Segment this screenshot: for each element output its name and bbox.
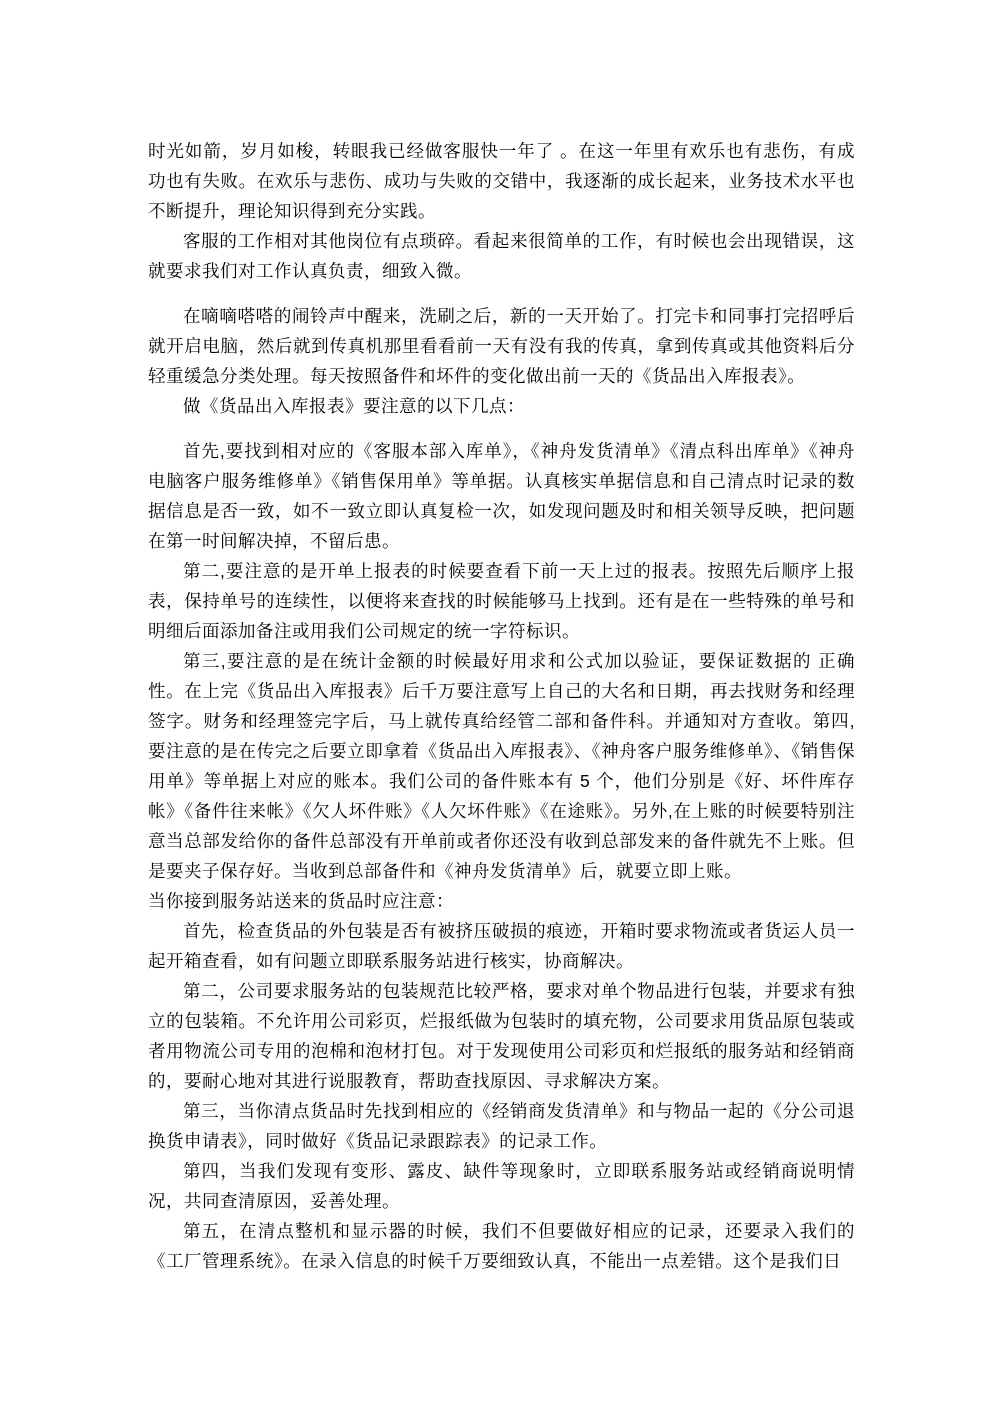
paragraph: 做《货品出入库报表》要注意的以下几点： xyxy=(148,391,855,421)
paragraph: 第三,要注意的是在统计金额的时候最好用求和公式加以验证，要保证数据的 正确性。在… xyxy=(148,646,855,886)
paragraph: 第二，公司要求服务站的包装规范比较严格，要求对单个物品进行包装，并要求有独立的包… xyxy=(148,976,855,1096)
document-body: 时光如箭，岁月如梭，转眼我已经做客服快一年了 。在这一年里有欢乐也有悲伤，有成功… xyxy=(148,136,855,1276)
paragraph: 首先，检查货品的外包装是否有被挤压破损的痕迹，开箱时要求物流或者货运人员一起开箱… xyxy=(148,916,855,976)
paragraph: 第二,要注意的是开单上报表的时候要查看下前一天上过的报表。按照先后顺序上报表，保… xyxy=(148,556,855,646)
paragraph: 客服的工作相对其他岗位有点琐碎。看起来很简单的工作，有时候也会出现错误，这就要求… xyxy=(148,226,855,286)
paragraph: 第三，当你清点货品时先找到相应的《经销商发货清单》和与物品一起的《分公司退换货申… xyxy=(148,1096,855,1156)
paragraph: 时光如箭，岁月如梭，转眼我已经做客服快一年了 。在这一年里有欢乐也有悲伤，有成功… xyxy=(148,136,855,226)
paragraph: 当你接到服务站送来的货品时应注意： xyxy=(148,886,855,916)
paragraph: 首先,要找到相对应的《客服本部入库单》，《神舟发货清单》《清点科出库单》《神舟电… xyxy=(148,436,855,556)
paragraph: 第四，当我们发现有变形、露皮、缺件等现象时，立即联系服务站或经销商说明情况，共同… xyxy=(148,1156,855,1216)
paragraph: 第五，在清点整机和显示器的时候，我们不但要做好相应的记录，还要录入我们的《工厂管… xyxy=(148,1216,855,1276)
paragraph: 在嘀嘀嗒嗒的闹铃声中醒来，洗刷之后，新的一天开始了。打完卡和同事打完招呼后就开启… xyxy=(148,301,855,391)
document-page: 时光如箭，岁月如梭，转眼我已经做客服快一年了 。在这一年里有欢乐也有悲伤，有成功… xyxy=(0,0,1000,1415)
